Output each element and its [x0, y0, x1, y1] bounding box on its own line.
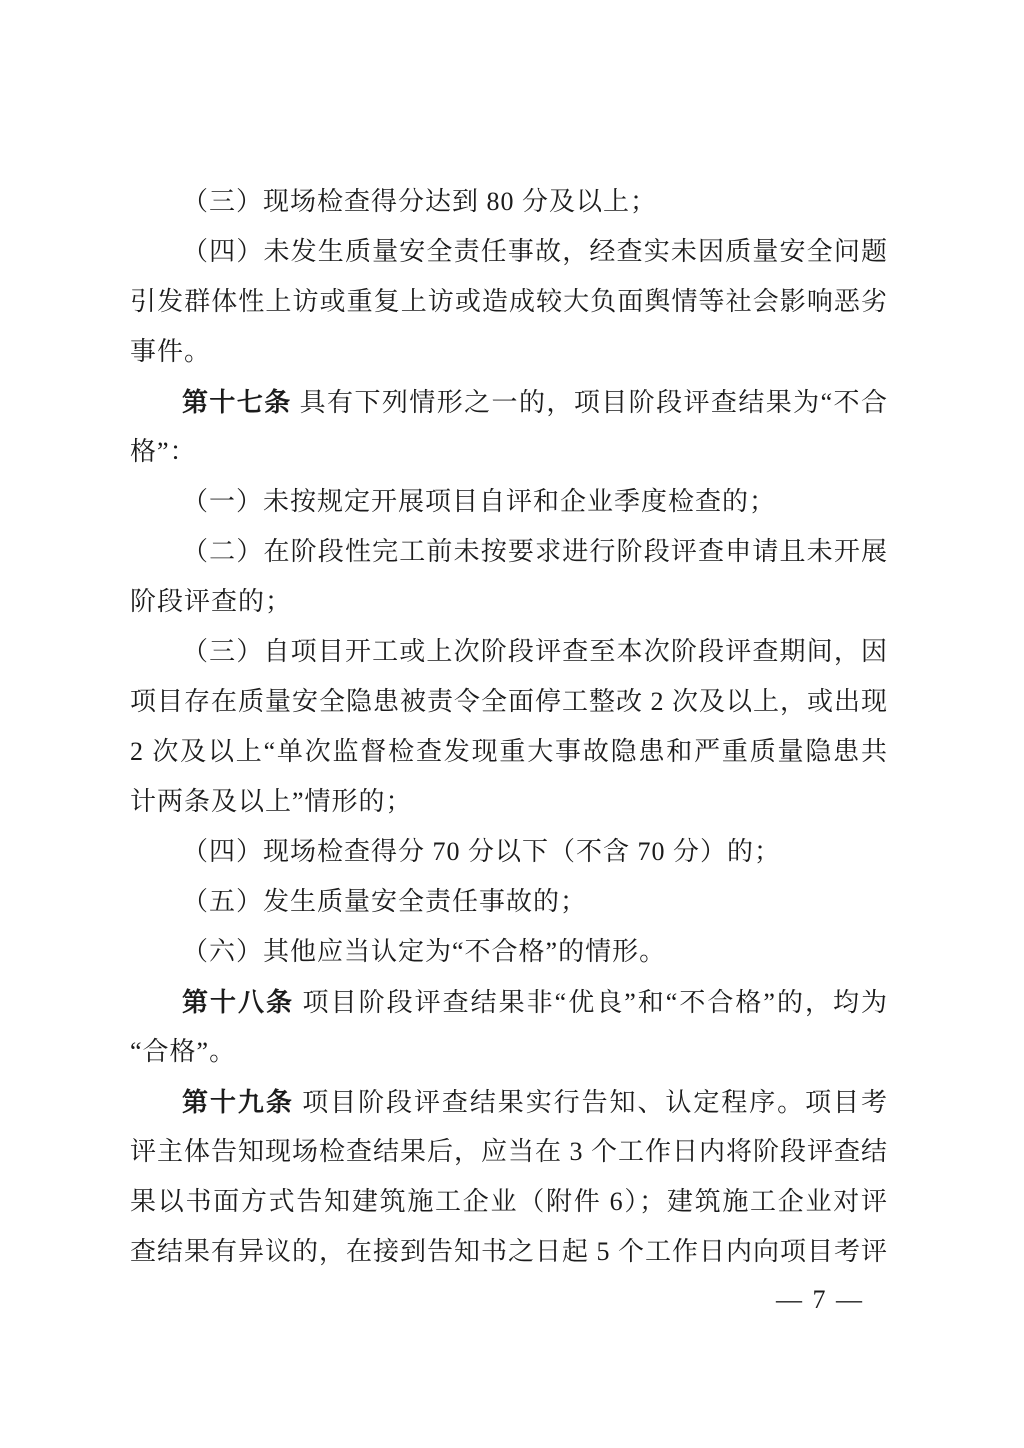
text-run: （六）其他应当认定为“不合格”的情形。 — [182, 937, 666, 966]
text-run: 事件。 — [130, 337, 211, 366]
text-run: 查结果有异议的，在接到告知书之日起 5 个工作日内向项目考评 — [130, 1237, 888, 1266]
text-line: 查结果有异议的，在接到告知书之日起 5 个工作日内向项目考评 — [130, 1227, 888, 1277]
text-line: “合格”。 — [130, 1027, 888, 1077]
document-page: （三）现场检查得分达到 80 分及以上；（四）未发生质量安全责任事故，经查实未因… — [0, 0, 1024, 1448]
document-body: （三）现场检查得分达到 80 分及以上；（四）未发生质量安全责任事故，经查实未因… — [130, 177, 888, 1277]
text-line: 第十七条 具有下列情形之一的，项目阶段评查结果为“不合 — [130, 377, 888, 427]
text-run: 引发群体性上访或重复上访或造成较大负面舆情等社会影响恶劣 — [130, 287, 888, 316]
text-run: （二）在阶段性完工前未按要求进行阶段评查申请且未开展 — [182, 537, 888, 566]
page-number: — 7 — — [776, 1277, 864, 1323]
text-run: 项目阶段评查结果非“优良”和“不合格”的，均为 — [294, 988, 888, 1017]
text-run: 计两条及以上”情形的； — [130, 787, 413, 816]
text-run: （四）未发生质量安全责任事故，经查实未因质量安全问题 — [182, 237, 888, 266]
text-line: 事件。 — [130, 327, 888, 377]
text-run: 具有下列情形之一的，项目阶段评查结果为“不合 — [292, 388, 888, 417]
article-17-item-6: （六）其他应当认定为“不合格”的情形。 — [130, 927, 888, 977]
text-run: “合格”。 — [130, 1037, 236, 1066]
text-line: 第十八条 项目阶段评查结果非“优良”和“不合格”的，均为 — [130, 977, 888, 1027]
article-17-item-2: （二）在阶段性完工前未按要求进行阶段评查申请且未开展阶段评查的； — [130, 527, 888, 627]
text-line: （五）发生质量安全责任事故的； — [130, 877, 888, 927]
text-line: （一）未按规定开展项目自评和企业季度检查的； — [130, 477, 888, 527]
text-run: （三）现场检查得分达到 80 分及以上； — [182, 187, 657, 216]
text-line: （三）现场检查得分达到 80 分及以上； — [130, 177, 888, 227]
text-line: 果以书面方式告知建筑施工企业（附件 6）；建筑施工企业对评 — [130, 1177, 888, 1227]
article-number-bold: 第十七条 — [182, 387, 292, 417]
text-run: （四）现场检查得分 70 分以下（不含 70 分）的； — [182, 837, 781, 866]
text-line: （六）其他应当认定为“不合格”的情形。 — [130, 927, 888, 977]
clause-16-item-4: （四）未发生质量安全责任事故，经查实未因质量安全问题引发群体性上访或重复上访或造… — [130, 227, 888, 377]
text-run: 2 次及以上“单次监督检查发现重大事故隐患和严重质量隐患共 — [130, 737, 888, 766]
article-17-item-5: （五）发生质量安全责任事故的； — [130, 877, 888, 927]
text-run: （五）发生质量安全责任事故的； — [182, 887, 587, 916]
clause-16-item-3: （三）现场检查得分达到 80 分及以上； — [130, 177, 888, 227]
article-18: 第十八条 项目阶段评查结果非“优良”和“不合格”的，均为“合格”。 — [130, 977, 888, 1077]
text-line: （三）自项目开工或上次阶段评查至本次阶段评查期间，因 — [130, 627, 888, 677]
text-line: 引发群体性上访或重复上访或造成较大负面舆情等社会影响恶劣 — [130, 277, 888, 327]
article-number-bold: 第十九条 — [182, 1087, 294, 1117]
text-line: 2 次及以上“单次监督检查发现重大事故隐患和严重质量隐患共 — [130, 727, 888, 777]
text-run: 项目存在质量安全隐患被责令全面停工整改 2 次及以上，或出现 — [130, 687, 888, 716]
article-number-bold: 第十八条 — [182, 987, 294, 1017]
text-line: 格”： — [130, 427, 888, 477]
text-line: （四）现场检查得分 70 分以下（不含 70 分）的； — [130, 827, 888, 877]
text-line: 评主体告知现场检查结果后，应当在 3 个工作日内将阶段评查结 — [130, 1127, 888, 1177]
article-17-item-1: （一）未按规定开展项目自评和企业季度检查的； — [130, 477, 888, 527]
article-17-intro: 第十七条 具有下列情形之一的，项目阶段评查结果为“不合格”： — [130, 377, 888, 477]
text-line: （四）未发生质量安全责任事故，经查实未因质量安全问题 — [130, 227, 888, 277]
text-line: 计两条及以上”情形的； — [130, 777, 888, 827]
article-17-item-4: （四）现场检查得分 70 分以下（不含 70 分）的； — [130, 827, 888, 877]
text-line: 阶段评查的； — [130, 577, 888, 627]
text-run: 项目阶段评查结果实行告知、认定程序。项目考 — [294, 1088, 888, 1117]
text-run: 评主体告知现场检查结果后，应当在 3 个工作日内将阶段评查结 — [130, 1137, 888, 1166]
text-line: 第十九条 项目阶段评查结果实行告知、认定程序。项目考 — [130, 1077, 888, 1127]
text-run: 阶段评查的； — [130, 587, 292, 616]
text-line: 项目存在质量安全隐患被责令全面停工整改 2 次及以上，或出现 — [130, 677, 888, 727]
article-19: 第十九条 项目阶段评查结果实行告知、认定程序。项目考评主体告知现场检查结果后，应… — [130, 1077, 888, 1277]
text-run: （三）自项目开工或上次阶段评查至本次阶段评查期间，因 — [182, 637, 888, 666]
text-run: 格”： — [130, 437, 197, 466]
text-line: （二）在阶段性完工前未按要求进行阶段评查申请且未开展 — [130, 527, 888, 577]
article-17-item-3: （三）自项目开工或上次阶段评查至本次阶段评查期间，因项目存在质量安全隐患被责令全… — [130, 627, 888, 827]
text-run: （一）未按规定开展项目自评和企业季度检查的； — [182, 487, 776, 516]
text-run: 果以书面方式告知建筑施工企业（附件 6）；建筑施工企业对评 — [130, 1187, 888, 1216]
